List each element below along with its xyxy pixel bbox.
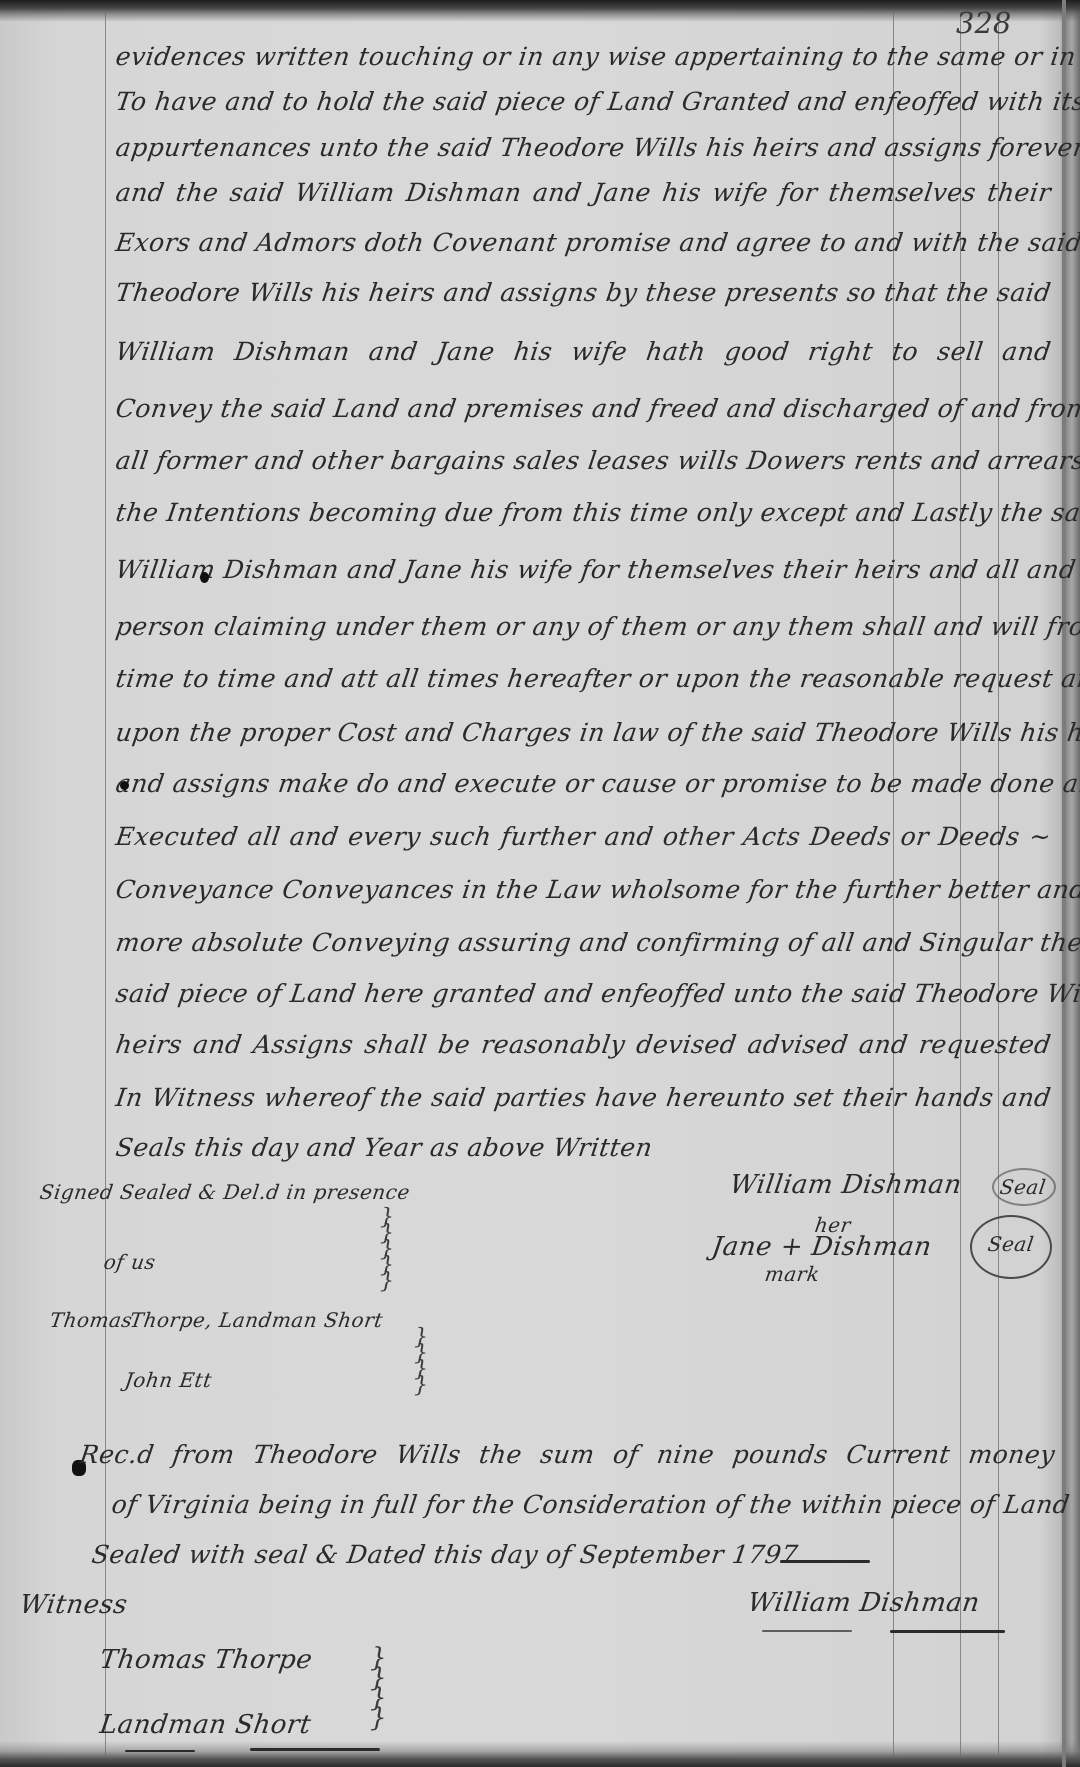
body-line-22: Seals this day and Year as above Written [114,1133,654,1162]
receipt-line-1: Rec.d from Theodore Wills the sum of nin… [78,1440,1057,1469]
attestation-margin-name: Thomas [48,1308,134,1332]
scan-top-shadow [0,0,1080,22]
receipt-line-2: of Virginia being in full for the Consid… [110,1490,1059,1519]
body-line-13: time to time and att all times hereafter… [114,664,1053,693]
witness-underline [250,1748,380,1751]
body-line-2: To have and to hold the said piece of La… [114,87,1053,116]
body-line-8: Convey the said Land and premises and fr… [114,394,1053,423]
body-line-14: upon the proper Cost and Charges in law … [114,718,1053,747]
attestation-line: Signed Sealed & Del.d in presence [38,1180,411,1204]
page-number: 328 [956,6,1011,40]
brace-flourish: }}}}} [380,1210,394,1290]
body-line-10: the Intentions becoming due from this ti… [114,498,1053,527]
body-line-18: more absolute Conveying assuring and con… [114,928,1053,957]
brace-flourish: }}}} [414,1330,428,1394]
receipt-signature-william-dishman: William Dishman [746,1588,982,1618]
ink-blot [120,781,129,790]
body-line-12: person claiming under them or any of the… [114,612,1053,641]
ink-blot [200,572,209,583]
witness-label: Witness [18,1590,130,1620]
body-line-3: appurtenances unto the said Theodore Wil… [114,133,1053,162]
receipt-witness-2: Landman Short [98,1710,313,1740]
attestation-witness-2: John Ett [123,1368,213,1392]
signature-william-dishman: William Dishman [728,1170,964,1200]
attestation-of-us: of us [102,1250,157,1274]
brace-flourish: }}}} [370,1648,387,1728]
body-line-4: and the said William Dishman and Jane hi… [114,178,1053,207]
body-line-21: In Witness whereof the said parties have… [114,1083,1053,1112]
body-line-16: Executed all and every such further and … [114,822,1053,851]
body-line-7: William Dishman and Jane his wife hath g… [114,337,1053,366]
body-line-11: William Dishman and Jane his wife for th… [114,555,1053,584]
body-line-15: and assigns make do and execute or cause… [114,769,1053,798]
witness-underline [125,1750,195,1752]
body-line-9: all former and other bargains sales leas… [114,446,1053,475]
body-line-6: Theodore Wills his heirs and assigns by … [114,278,1053,307]
body-line-1: evidences written touching or in any wis… [114,42,1053,71]
receipt-witness-1: Thomas Thorpe [98,1645,314,1675]
signature-underline [762,1630,852,1632]
left-margin-rule [105,10,106,1757]
mark-label: mark [763,1262,821,1286]
body-line-17: Conveyance Conveyances in the Law wholso… [114,875,1053,904]
scan-bottom-shadow [0,1741,1080,1767]
seal-label-2: Seal [986,1232,1035,1256]
body-line-20: heirs and Assigns shall be reasonably de… [114,1030,1053,1059]
attestation-witnesses: Thorpe, Landman Short [128,1308,384,1332]
date-flourish [780,1560,870,1563]
document-page: 328 evidences written touching or in any… [0,0,1080,1767]
signature-underline [890,1630,1005,1633]
body-line-5: Exors and Admors doth Covenant promise a… [114,228,1053,257]
receipt-line-3: Sealed with seal & Dated this day of Sep… [90,1540,800,1569]
signature-jane-dishman: Jane + Dishman [710,1232,934,1262]
body-line-19: said piece of Land here granted and enfe… [114,979,1053,1008]
seal-circle-1 [992,1168,1056,1206]
